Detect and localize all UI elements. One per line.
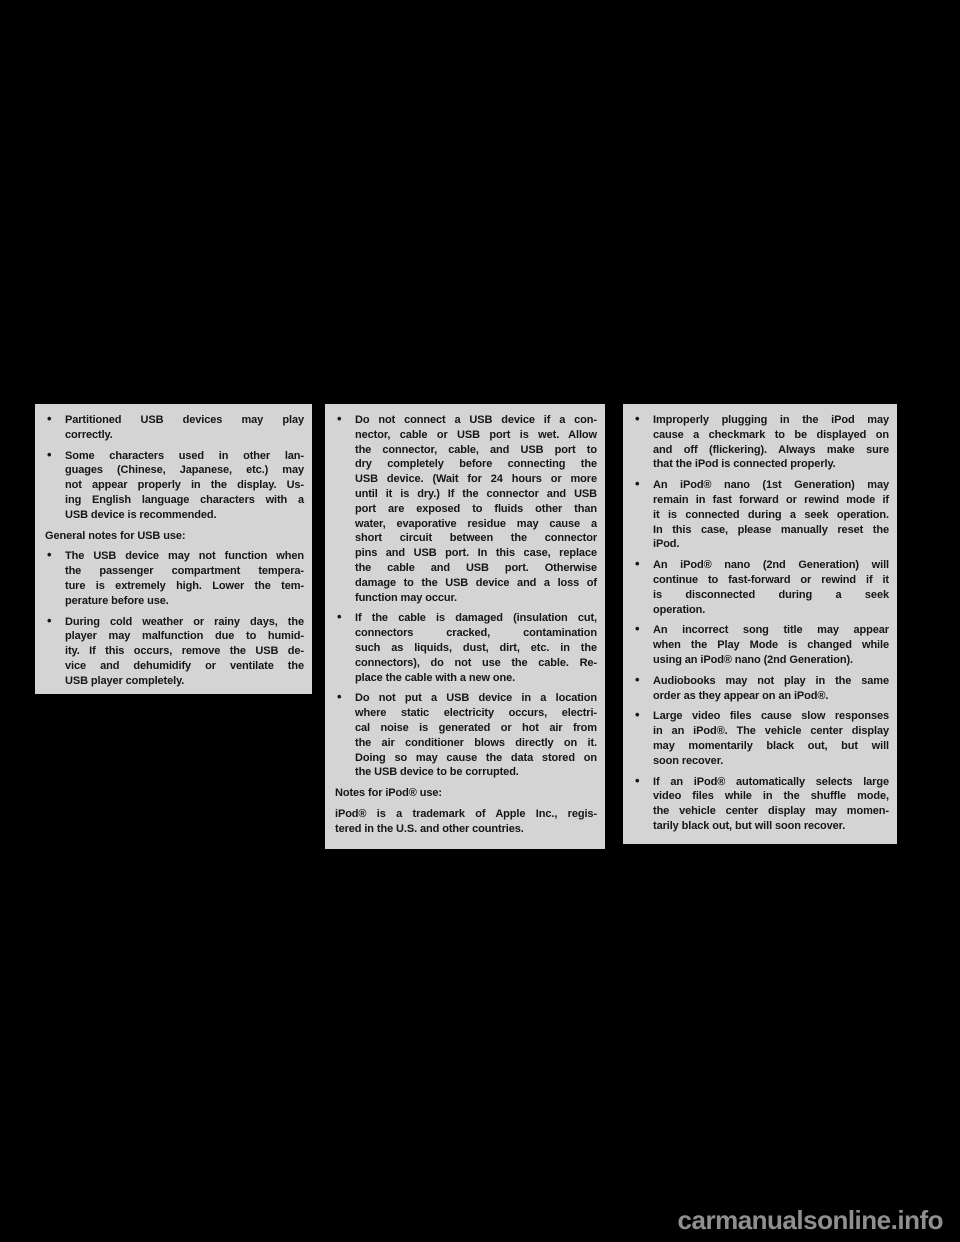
bullet-icon: • [635, 622, 639, 637]
bullet-item: • An iPod® nano (1st Generation) mayrema… [633, 478, 889, 552]
heading-text: General notes for USB use: [45, 529, 304, 544]
bullet-item: • Do not put a USB device in a locationw… [335, 691, 597, 780]
note-box-ipod: • Improperly plugging in the iPod maycau… [623, 404, 897, 844]
bullet-icon: • [635, 557, 639, 572]
bullet-icon: • [635, 774, 639, 789]
note-box-usb-general: • Partitioned USB devices may playcorrec… [35, 404, 312, 694]
bullet-item: • Partitioned USB devices may playcorrec… [45, 413, 304, 443]
bullet-item: • Audiobooks may not play in the sameord… [633, 674, 889, 704]
bullet-text: Some characters used in other lan-guages… [65, 449, 304, 523]
bullet-item: • An iPod® nano (2nd Generation) willcon… [633, 558, 889, 617]
bullet-icon: • [337, 690, 341, 705]
bullet-icon: • [635, 412, 639, 427]
bullet-icon: • [47, 412, 51, 427]
bullet-text: The USB device may not function whenthe … [65, 549, 304, 608]
bullet-text: Audiobooks may not play in the sameorder… [653, 674, 889, 704]
bullet-text: Improperly plugging in the iPod maycause… [653, 413, 889, 472]
bullet-icon: • [635, 708, 639, 723]
bullet-icon: • [337, 610, 341, 625]
bullet-text: Do not put a USB device in a locationwhe… [355, 691, 597, 780]
bullet-text: If the cable is damaged (insulation cut,… [355, 611, 597, 685]
bullet-icon: • [635, 477, 639, 492]
paragraph-text: iPod® is a trademark of Apple Inc., regi… [335, 807, 597, 837]
heading-text: Notes for iPod® use: [335, 786, 597, 801]
bullet-item: • During cold weather or rainy days, the… [45, 615, 304, 689]
note-box-usb-care: • Do not connect a USB device if a con-n… [325, 404, 605, 849]
paragraph: iPod® is a trademark of Apple Inc., regi… [335, 807, 597, 837]
bullet-text: During cold weather or rainy days, thepl… [65, 615, 304, 689]
bullet-item: • An incorrect song title may appearwhen… [633, 623, 889, 667]
section-heading: General notes for USB use: [45, 529, 304, 544]
watermark-text: carmanualsonline.info [678, 1205, 943, 1236]
bullet-text: An iPod® nano (1st Generation) mayremain… [653, 478, 889, 552]
bullet-item: • Do not connect a USB device if a con-n… [335, 413, 597, 605]
section-heading: Notes for iPod® use: [335, 786, 597, 801]
bullet-item: • If an iPod® automatically selects larg… [633, 775, 889, 834]
manual-page: • Partitioned USB devices may playcorrec… [0, 0, 960, 1242]
bullet-item: • Large video files cause slow responses… [633, 709, 889, 768]
bullet-item: • If the cable is damaged (insulation cu… [335, 611, 597, 685]
bullet-item: • Improperly plugging in the iPod maycau… [633, 413, 889, 472]
bullet-text: An iPod® nano (2nd Generation) willconti… [653, 558, 889, 617]
bullet-text: Partitioned USB devices may playcorrectl… [65, 413, 304, 443]
bullet-item: • Some characters used in other lan-guag… [45, 449, 304, 523]
bullet-text: Do not connect a USB device if a con-nec… [355, 413, 597, 605]
bullet-text: An incorrect song title may appearwhen t… [653, 623, 889, 667]
bullet-icon: • [47, 614, 51, 629]
bullet-icon: • [47, 448, 51, 463]
bullet-icon: • [635, 673, 639, 688]
bullet-text: Large video files cause slow responsesin… [653, 709, 889, 768]
bullet-item: • The USB device may not function whenth… [45, 549, 304, 608]
bullet-text: If an iPod® automatically selects largev… [653, 775, 889, 834]
bullet-icon: • [47, 548, 51, 563]
bullet-icon: • [337, 412, 341, 427]
